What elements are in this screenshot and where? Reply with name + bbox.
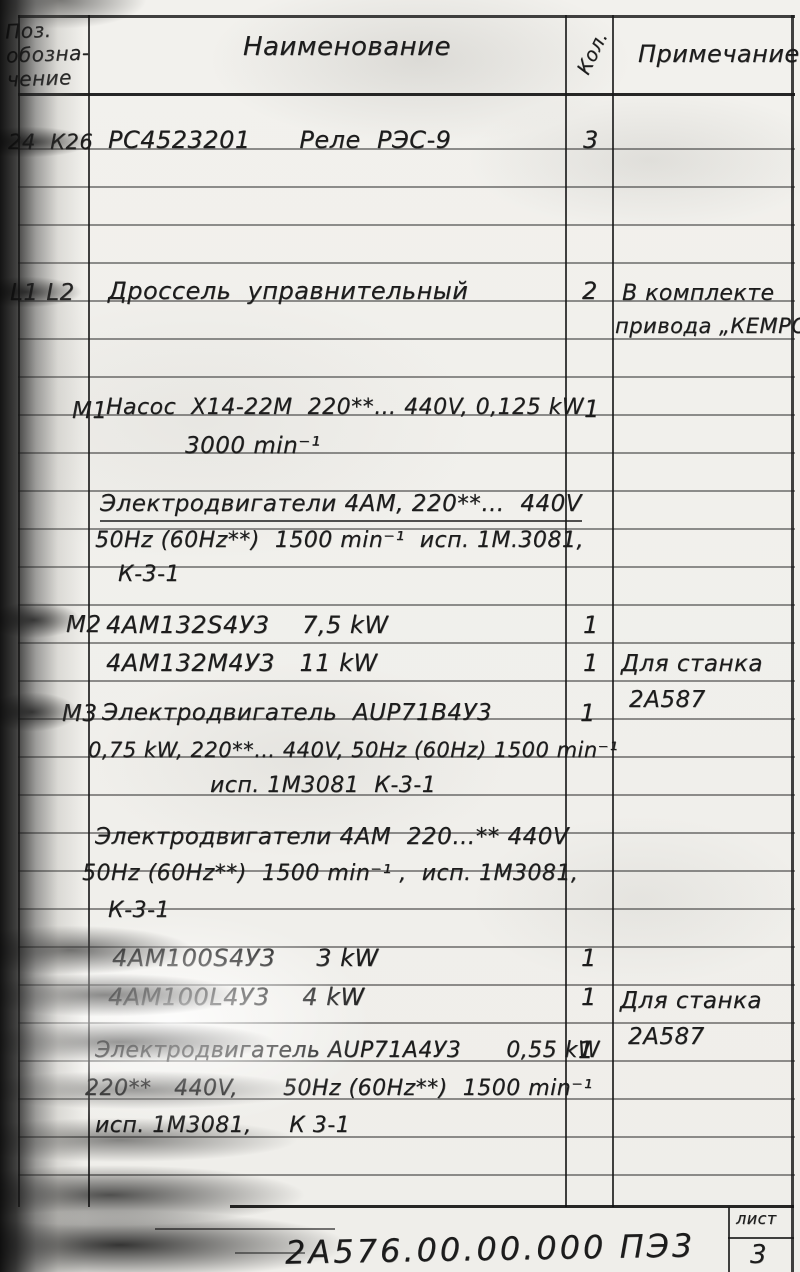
sheet-number: 3	[750, 1240, 767, 1270]
row-motor-m3-line2: 0,75 kW, 220**… 440V, 50Hz (60Hz) 1500 m…	[88, 738, 618, 762]
row-motor-m4-a-qty: 1	[581, 944, 597, 972]
row-motor-m2-a: 4АМ132S4У3 7,5 kW	[106, 611, 389, 639]
row-motor-m3-line3: исп. 1М3081 К-3-1	[210, 773, 436, 798]
row-relay-name: РС4523201 Реле РЭС-9	[108, 126, 451, 154]
row-choke-pos: L1 L2	[10, 280, 75, 306]
row-motor-m2-b-qty: 1	[583, 649, 599, 677]
motor-group1-heading-line1: Электродвигатели 4АМ, 220**… 440V	[100, 491, 582, 522]
row-pump-name-line2: 3000 min⁻¹	[185, 433, 321, 459]
document-number: 2А576.00.00.000 ПЭ3	[285, 1226, 696, 1271]
qty-column-line	[565, 15, 567, 1207]
row-choke-note-line2: привода „КЕМРОН”	[615, 314, 800, 338]
sheet-box-left-line	[728, 1207, 730, 1272]
motor-group2-heading-line3: К-3-1	[108, 898, 170, 923]
row-relay-pos: 24 К26	[8, 130, 93, 154]
row-motor-m4-a: 4АМ100S4У3 3 kW	[112, 944, 379, 972]
titleblock-remnant-line	[155, 1228, 335, 1230]
pos-column-line	[88, 15, 90, 1207]
name-column-header: Наименование	[243, 32, 451, 62]
row-motor-m5-line3: исп. 1М3081, К 3-1	[95, 1113, 350, 1138]
row-motor-m2-pos: М2	[66, 612, 101, 638]
row-choke-note-line1: В комплекте	[622, 281, 775, 306]
row-motor-m4-b: 4АМ100L4У3 4 kW	[108, 983, 365, 1011]
sheet-box-divider-line	[728, 1237, 794, 1239]
motor-group1-heading-line3: К-3-1	[118, 562, 180, 587]
row-motor-m3-line1: Электродвигатель AUP71B4У3	[102, 700, 492, 726]
row-motor-m5-line2: 220** 440V, 50Hz (60Hz**) 1500 min⁻¹	[85, 1076, 593, 1101]
ruled-lines	[18, 112, 795, 1182]
row-pump-qty: 1	[584, 395, 600, 423]
row-motor-m5-line1: Электродвигатель AUP71A4У3 0,55 kW	[95, 1038, 600, 1063]
motor-group2-heading-line2: 50Hz (60Hz**) 1500 min⁻¹ , исп. 1М3081,	[82, 861, 578, 886]
motor-group1-heading-line2: 50Hz (60Hz**) 1500 min⁻¹ исп. 1М.3081,	[95, 528, 584, 553]
row-choke-name: Дроссель управнительный	[108, 277, 468, 305]
motor-group2-heading-line1: Электродвигатели 4АМ 220…** 440V	[95, 824, 569, 850]
table-right-border	[791, 15, 794, 1272]
table-left-border	[18, 15, 20, 1207]
note-column-line	[612, 15, 614, 1207]
row-motor-m5-qty: 1	[578, 1036, 594, 1064]
row-motor-m2-a-qty: 1	[583, 611, 599, 639]
row-motor-m4-note-line1: Для станка	[620, 988, 762, 1014]
row-motor-m3-qty: 1	[580, 699, 596, 727]
qty-column-header: Кол.	[573, 28, 613, 78]
row-pump-pos: М1	[72, 398, 107, 424]
note-column-header: Примечание	[638, 40, 800, 68]
row-motor-m2-b: 4АМ132М4У3 11 kW	[106, 649, 378, 677]
row-motor-m4-note-line2: 2А587	[628, 1024, 705, 1050]
row-choke-qty: 2	[582, 277, 598, 305]
titleblock-top-border	[230, 1205, 794, 1208]
pos-column-header: Поз. обозна- чение	[5, 17, 91, 92]
table-top-border	[18, 15, 795, 18]
row-motor-m4-b-qty: 1	[581, 983, 597, 1011]
row-relay-qty: 3	[583, 126, 599, 154]
header-bottom-border	[18, 93, 795, 96]
row-motor-m3-pos: М3	[62, 701, 97, 727]
row-motor-m2-note-line2: 2А587	[629, 687, 706, 713]
scanned-parts-list-page: Поз. обозна- чение Наименование Кол. При…	[0, 0, 800, 1272]
row-pump-name-line1: Насос Х14-22М 220**… 440V, 0,125 kW	[106, 395, 584, 420]
sheet-label: лист	[736, 1209, 777, 1228]
row-motor-m2-note-line1: Для станка	[621, 651, 763, 677]
